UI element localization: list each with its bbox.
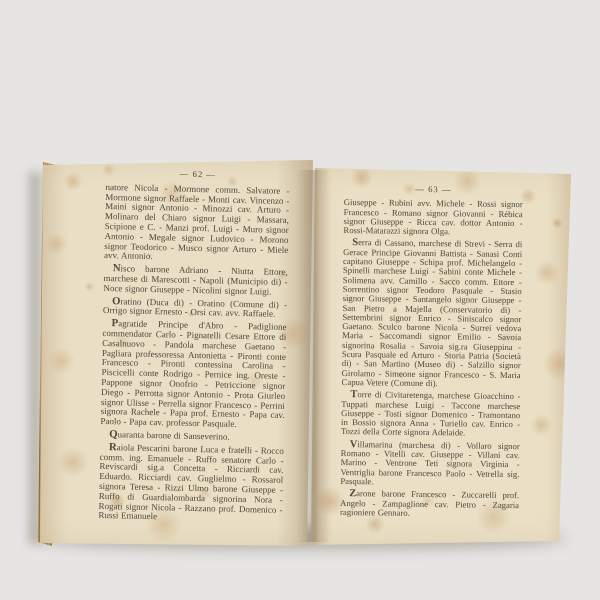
paragraph-initial: O (112, 295, 121, 307)
paragraph-initial: V (350, 439, 358, 450)
paragraph: Giuseppe - Rubini avv. Michele - Rossi s… (343, 198, 522, 237)
paragraph-initial: S (352, 238, 358, 249)
paragraph: Raiola Pescarini barone Luca e fratelli … (98, 443, 284, 525)
paragraph-initial: Q (109, 428, 118, 440)
left-page-paragraphs: natore Nicola - Mormone comm. Salvatore … (98, 183, 289, 525)
right-page-text: — 63 — Giuseppe - Rubini avv. Michele - … (340, 184, 523, 522)
paragraph: Pagratide Principe d'Abro - Padiglione c… (100, 319, 286, 431)
paragraph: natore Nicola - Mormone comm. Salvatore … (104, 183, 290, 265)
right-page-paragraphs: Giuseppe - Rubini avv. Michele - Rossi s… (340, 198, 523, 519)
paragraph-initial: P (111, 317, 118, 329)
paragraph-initial: T (350, 389, 357, 400)
paragraph: Serra di Cassano, marchese di Strevi - S… (342, 238, 523, 389)
photo-open-book: — 62 — natore Nicola - Mormone comm. Sal… (0, 0, 600, 600)
paragraph: Villamarina (marchesa di) - Vollaro sign… (340, 440, 520, 489)
left-page-text: — 62 — natore Nicola - Mormone comm. Sal… (98, 168, 290, 528)
paragraph: Nisco barone Adriano - Niutta Ettore, ma… (103, 264, 288, 297)
paragraph-initial: R (109, 441, 117, 453)
paragraph: Zarone barone Francesco - Zuccarelli pro… (340, 489, 519, 519)
paragraph: Oratino (Duca di) - Oratino (Comune di) … (103, 297, 287, 321)
paragraph: Torre di Civitaretenga, marchese Gioacch… (341, 390, 521, 439)
right-page-number: — 63 — (344, 184, 523, 195)
paragraph-initial: Z (349, 488, 356, 499)
paragraph-initial: N (113, 262, 121, 274)
